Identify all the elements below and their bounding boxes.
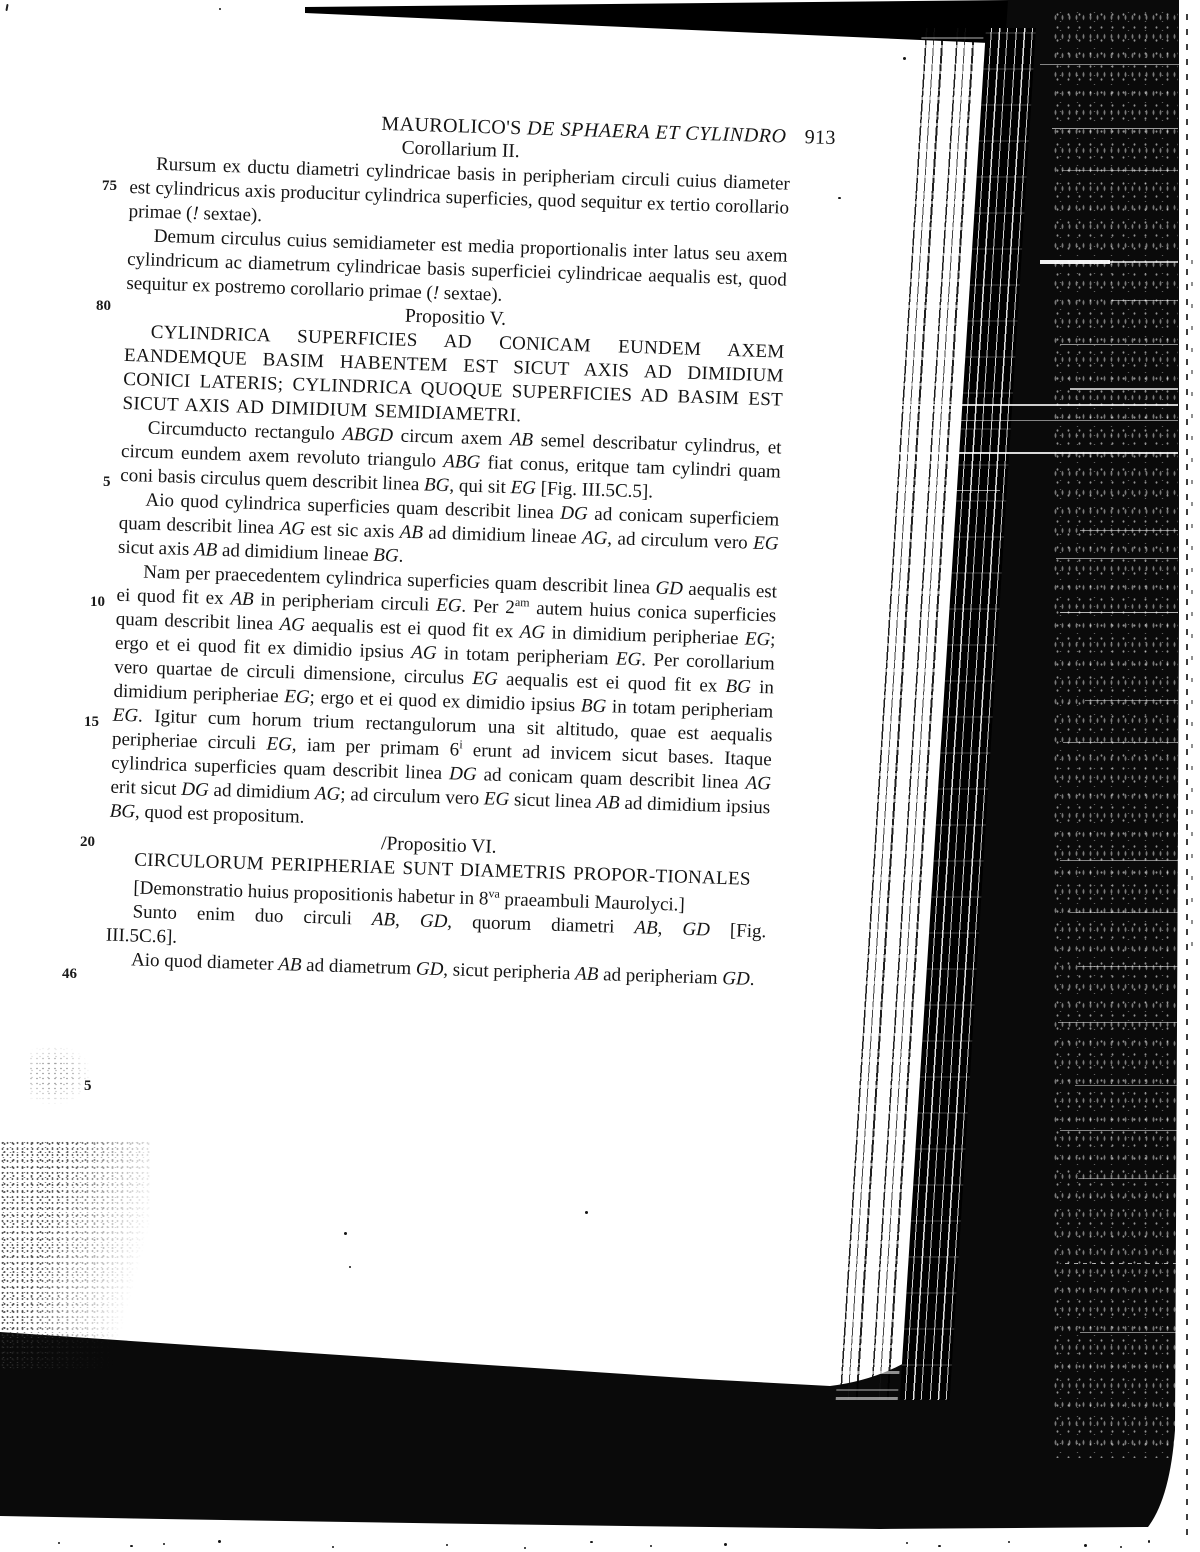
dust-dot	[219, 8, 221, 10]
film-edge-dashed-line	[1186, 14, 1188, 1542]
scan-streak	[905, 420, 1178, 421]
margin-line-number: 80	[96, 298, 111, 315]
scan-streak	[880, 490, 1000, 491]
margin-line-number: 5	[84, 1078, 92, 1095]
scan-streak	[1060, 612, 1178, 613]
dust-dot	[906, 1542, 908, 1544]
scan-streak	[1070, 912, 1178, 913]
dust-dot	[1008, 1541, 1010, 1543]
margin-line-number: 15	[84, 714, 99, 731]
dust-dot	[1084, 1544, 1087, 1547]
dust-dot	[724, 1543, 727, 1546]
scan-streak	[1056, 558, 1178, 559]
dust-dot	[446, 1544, 448, 1546]
scan-streak	[1085, 700, 1178, 701]
scan-streak	[1040, 260, 1110, 264]
dust-dot	[349, 1266, 351, 1268]
scan-streak	[1065, 1263, 1178, 1264]
dust-dot	[332, 1546, 334, 1548]
margin-line-number: 20	[80, 834, 95, 851]
margin-line-number: 5	[103, 474, 111, 491]
film-edge-dashed-line	[1191, 260, 1193, 960]
dust-dot	[130, 1545, 133, 1547]
dust-dot	[58, 1542, 60, 1544]
scan-streak	[1108, 261, 1178, 263]
scan-top-wedge	[305, 0, 1012, 44]
dust-dot	[585, 1211, 588, 1214]
text-block: MAUROLICO'S DE SPHAERA ET CYLINDRO913 Co…	[105, 104, 792, 992]
scan-streak	[1075, 1085, 1178, 1086]
scanned-book-page: 75 80 5 10 15 20 46 5 MAUROLICO'S DE SPH…	[0, 0, 1200, 1552]
scan-streak	[1070, 388, 1178, 390]
scan-streak	[1080, 1332, 1178, 1333]
dust-dot	[163, 1543, 165, 1545]
margin-line-number: 75	[102, 178, 117, 195]
dust-dot	[1120, 1546, 1122, 1548]
scan-streak	[1062, 170, 1178, 171]
dust-dot	[938, 1545, 941, 1547]
scan-streak	[1052, 128, 1178, 129]
scan-streak	[1078, 1178, 1178, 1179]
scan-streak	[1080, 530, 1178, 531]
photocopy-speckle-patch	[0, 1140, 150, 1370]
scan-streak	[1078, 966, 1178, 967]
dust-dot	[838, 197, 841, 199]
scan-streak	[1058, 1022, 1178, 1023]
dust-dot	[903, 57, 906, 60]
scan-streak	[866, 452, 1178, 454]
margin-line-number: 46	[62, 966, 77, 983]
paragraph-nam-per: Nam per praecedentem cylindrica superfic…	[109, 560, 777, 845]
scan-streak	[1063, 742, 1178, 743]
photocopy-speckle-patch-small	[28, 1046, 90, 1104]
dust-dot	[590, 1541, 593, 1543]
dust-dot	[1148, 1540, 1150, 1543]
scan-noise-speckle	[1052, 8, 1178, 1458]
scan-streak	[1040, 64, 1180, 65]
dust-dot	[344, 1232, 347, 1235]
dust-dot	[218, 1540, 221, 1543]
scan-streak	[1112, 300, 1178, 301]
margin-line-number: 10	[90, 594, 105, 611]
scan-streak	[868, 404, 1178, 406]
page-number: 913	[804, 126, 836, 149]
dust-dot	[650, 1545, 652, 1547]
dust-dot	[524, 1547, 526, 1549]
scan-streak	[1060, 1130, 1178, 1131]
scan-streak	[1060, 860, 1178, 861]
scan-streak	[1060, 344, 1178, 345]
running-header-author: MAUROLICO'S	[381, 113, 527, 140]
